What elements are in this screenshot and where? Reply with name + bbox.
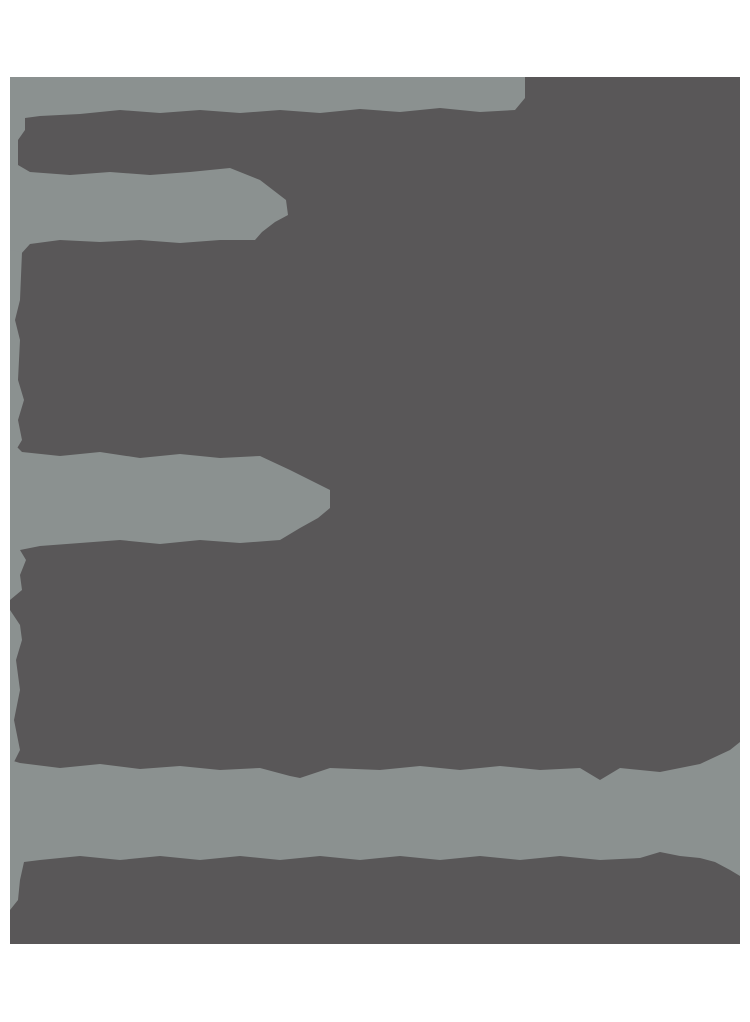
abstract-figure	[0, 0, 750, 1022]
